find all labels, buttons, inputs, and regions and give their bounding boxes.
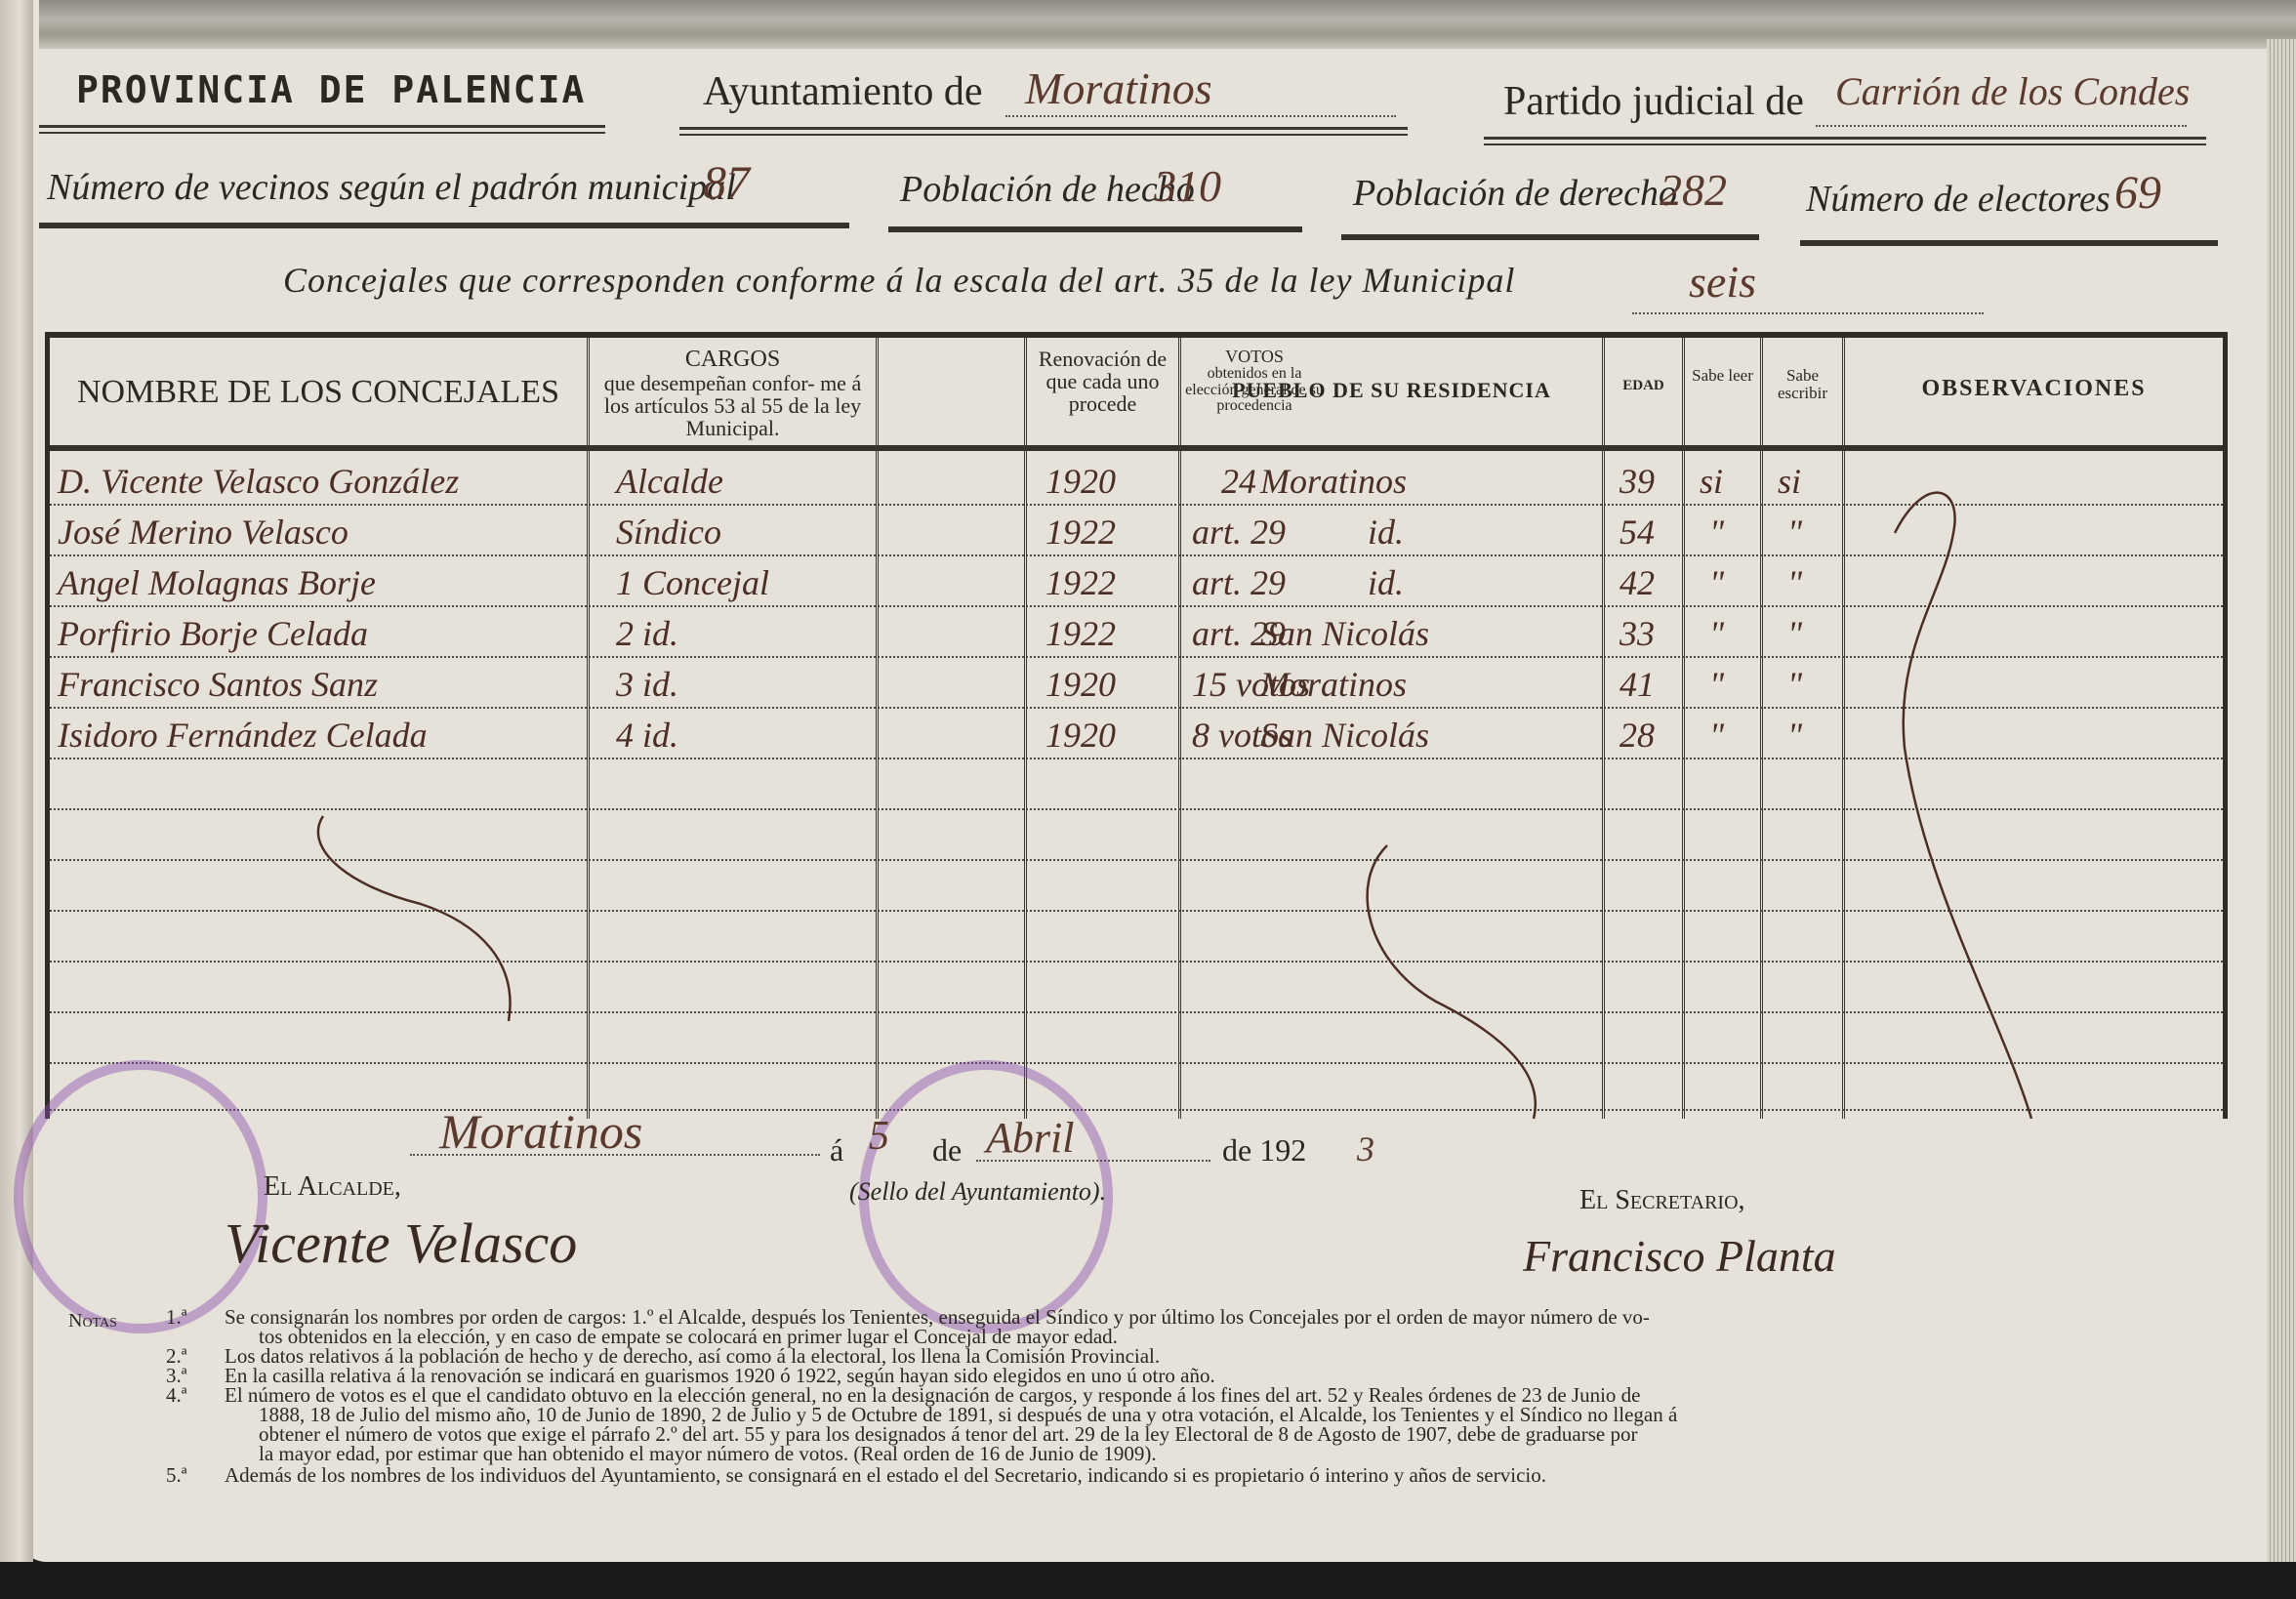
date-place: Moratinos [439, 1103, 642, 1160]
municipal-seal-stamp [14, 1060, 267, 1333]
fill-line [410, 1154, 820, 1156]
electores-label: Número de electores [1806, 178, 2111, 221]
fill-line [1005, 115, 1396, 117]
secretario-signature: Francisco Planta [1523, 1230, 1836, 1282]
concejales-label: Concejales que corresponden conforme á l… [283, 260, 1515, 301]
date-de: de [932, 1132, 962, 1168]
alcalde-label: El Alcalde, [264, 1171, 401, 1203]
notes-label: Notas [68, 1310, 117, 1332]
book-spine-edge [0, 0, 33, 1562]
vecinos-label: Número de vecinos según el padrón munici… [47, 166, 736, 209]
electores-value: 69 [2114, 166, 2161, 220]
rule [679, 127, 1408, 136]
poblacion-hecho-label: Población de hecho [900, 168, 1195, 211]
secretario-label: El Secretario, [1579, 1185, 1745, 1216]
partido-value: Carrión de los Condes [1835, 68, 2190, 114]
page-stack-edge [2267, 39, 2296, 1562]
fill-line [1632, 312, 1984, 314]
ayuntamiento-value: Moratinos [1025, 62, 1212, 114]
note-number: 5.ª [166, 1464, 187, 1486]
note-number: 4.ª [166, 1384, 187, 1406]
poblacion-derecho-label: Población de derecho [1353, 172, 1677, 215]
poblacion-derecho-value: 282 [1660, 164, 1727, 216]
date-year-suffix: 3 [1357, 1128, 1374, 1169]
sello-label: (Sello del Ayuntamiento). [849, 1177, 1106, 1207]
concejales-value: seis [1689, 256, 1756, 307]
date-day: 5 [869, 1113, 889, 1160]
concejales-table: NOMBRE DE LOS CONCEJALES CARGOS que dese… [45, 332, 2228, 1119]
fill-line [976, 1160, 1210, 1162]
poblacion-hecho-value: 310 [1154, 160, 1221, 212]
provincia-title: PROVINCIA DE PALENCIA [76, 68, 586, 111]
note-text: la mayor edad, por estimar que han obten… [259, 1443, 1157, 1464]
rule [1800, 240, 2218, 246]
rule [39, 125, 605, 134]
fill-line [1816, 125, 2187, 127]
rule [39, 223, 849, 228]
rule [888, 226, 1302, 232]
note-number: 1.ª [166, 1306, 187, 1328]
date-year-prefix: de 192 [1222, 1132, 1306, 1168]
alcalde-signature: Vicente Velasco [225, 1210, 577, 1276]
book-top-edge [39, 0, 2296, 49]
rule [1341, 234, 1759, 240]
partido-label: Partido judicial de [1503, 78, 1804, 125]
vecinos-value: 87 [703, 156, 750, 210]
rule [1484, 137, 2206, 145]
cancellation-strokes [50, 338, 2223, 1119]
note-text: Además de los nombres de los individuos … [225, 1464, 1546, 1486]
ayuntamiento-label: Ayuntamiento de [703, 68, 983, 115]
date-a: á [830, 1132, 843, 1168]
date-month: Abril [986, 1113, 1074, 1163]
